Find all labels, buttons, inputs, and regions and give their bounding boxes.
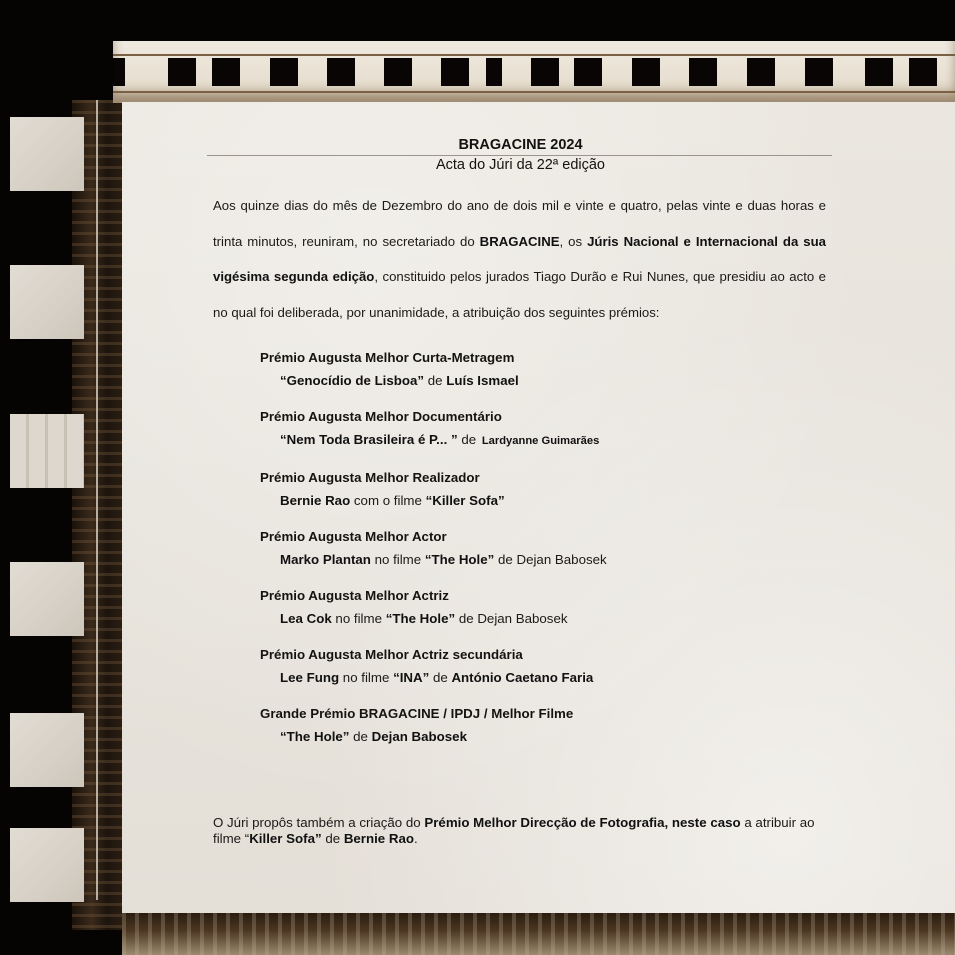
film-frame: [10, 265, 84, 339]
award-winner: “Nem Toda Brasileira é P... ” de Lardyan…: [260, 428, 826, 453]
closing-text: O Júri propôs também a criação do: [213, 815, 424, 830]
director-name: Dejan Babosek: [372, 729, 467, 744]
closing-text: de: [322, 831, 344, 846]
closing-director: Bernie Rao: [344, 831, 414, 846]
intro-org: BRAGACINE: [480, 234, 560, 249]
sprocket-hole: [531, 58, 559, 86]
awards-list: Prémio Augusta Melhor Curta-Metragem “Ge…: [213, 346, 826, 748]
film-title: “The Hole”: [386, 611, 455, 626]
sprocket-hole: [327, 58, 355, 86]
award-winner: “The Hole” de Dejan Babosek: [260, 725, 826, 748]
film-title: “Nem Toda Brasileira é P... ”: [280, 432, 458, 447]
award-title: Prémio Augusta Melhor Documentário: [260, 405, 826, 428]
film-title: “Killer Sofa”: [426, 493, 505, 508]
connector-text: de: [458, 432, 480, 447]
award-item: Prémio Augusta Melhor Realizador Bernie …: [260, 466, 826, 512]
award-winner: “Genocídio de Lisboa” de Luís Ismael: [260, 369, 826, 392]
closing-paragraph: O Júri propôs também a criação do Prémio…: [213, 815, 838, 846]
award-winner: Lea Cok no filme “The Hole” de Dejan Bab…: [260, 607, 826, 630]
director-name: Lardyanne Guimarães: [482, 435, 600, 447]
director-name: António Caetano Faria: [451, 670, 593, 685]
film-frame: [10, 828, 84, 902]
film-title: “Genocídio de Lisboa”: [280, 373, 424, 388]
actor-name: Marko Plantan: [280, 552, 371, 567]
sprocket-hole: [486, 58, 502, 86]
document-title: BRAGACINE 2024: [213, 136, 826, 154]
award-winner: Bernie Rao com o filme “Killer Sofa”: [260, 489, 826, 512]
film-frame: [10, 562, 84, 636]
award-title: Prémio Augusta Melhor Actriz secundária: [260, 643, 826, 666]
sprocket-hole: [805, 58, 833, 86]
intro-text: , os: [560, 234, 588, 249]
sprocket-hole: [270, 58, 298, 86]
award-item: Prémio Augusta Melhor Actor Marko Planta…: [260, 525, 826, 571]
document-subtitle: Acta do Júri da 22ª edição: [213, 156, 826, 174]
film-strip-top: [113, 41, 955, 103]
sprocket-hole: [909, 58, 937, 86]
film-title: “The Hole”: [425, 552, 494, 567]
award-item: Prémio Augusta Melhor Curta-Metragem “Ge…: [260, 346, 826, 392]
sprocket-hole: [384, 58, 412, 86]
sprocket-hole: [113, 58, 125, 86]
award-title: Prémio Augusta Melhor Curta-Metragem: [260, 346, 826, 369]
connector-text: no filme: [339, 670, 393, 685]
sprocket-hole: [574, 58, 602, 86]
jury-minutes-document: BRAGACINE 2024 Acta do Júri da 22ª ediçã…: [213, 136, 826, 761]
film-title: “The Hole”: [280, 729, 349, 744]
director-name: Luís Ismael: [446, 373, 518, 388]
film-grunge-bottom: [122, 913, 955, 955]
film-frame: [10, 713, 84, 787]
sprocket-hole: [632, 58, 660, 86]
actress-name: Lee Fung: [280, 670, 339, 685]
award-title: Grande Prémio BRAGACINE / IPDJ / Melhor …: [260, 702, 826, 725]
actress-name: Lea Cok: [280, 611, 332, 626]
connector-text: no filme: [371, 552, 425, 567]
closing-award: Prémio Melhor Direcção de Fotografia, ne…: [424, 815, 740, 830]
connector-text: de: [429, 670, 451, 685]
film-scratch-line: [96, 100, 98, 900]
award-item: Prémio Augusta Melhor Documentário “Nem …: [260, 405, 826, 453]
connector-text: de: [349, 729, 371, 744]
intro-paragraph: Aos quinze dias do mês de Dezembro do an…: [213, 188, 826, 330]
award-title: Prémio Augusta Melhor Actriz: [260, 584, 826, 607]
award-winner: Marko Plantan no filme “The Hole” de Dej…: [260, 548, 826, 571]
film-title: “INA”: [393, 670, 429, 685]
award-item: Prémio Augusta Melhor Actriz Lea Cok no …: [260, 584, 826, 630]
connector-text: de: [424, 373, 446, 388]
award-title: Prémio Augusta Melhor Realizador: [260, 466, 826, 489]
award-title: Prémio Augusta Melhor Actor: [260, 525, 826, 548]
director-text: de Dejan Babosek: [455, 611, 567, 626]
director-name: Bernie Rao: [280, 493, 350, 508]
sprocket-hole: [689, 58, 717, 86]
sprocket-hole: [212, 58, 240, 86]
award-item: Prémio Augusta Melhor Actriz secundária …: [260, 643, 826, 689]
film-frame: [10, 414, 84, 488]
sprocket-hole: [747, 58, 775, 86]
sprocket-hole: [865, 58, 893, 86]
connector-text: no filme: [332, 611, 386, 626]
closing-text: .: [414, 831, 418, 846]
director-text: de Dejan Babosek: [494, 552, 606, 567]
connector-text: com o filme: [350, 493, 425, 508]
award-winner: Lee Fung no filme “INA” de António Caeta…: [260, 666, 826, 689]
closing-film: Killer Sofa”: [249, 831, 321, 846]
sprocket-hole: [168, 58, 196, 86]
sprocket-hole: [441, 58, 469, 86]
film-frame: [10, 117, 84, 191]
award-item: Grande Prémio BRAGACINE / IPDJ / Melhor …: [260, 702, 826, 748]
